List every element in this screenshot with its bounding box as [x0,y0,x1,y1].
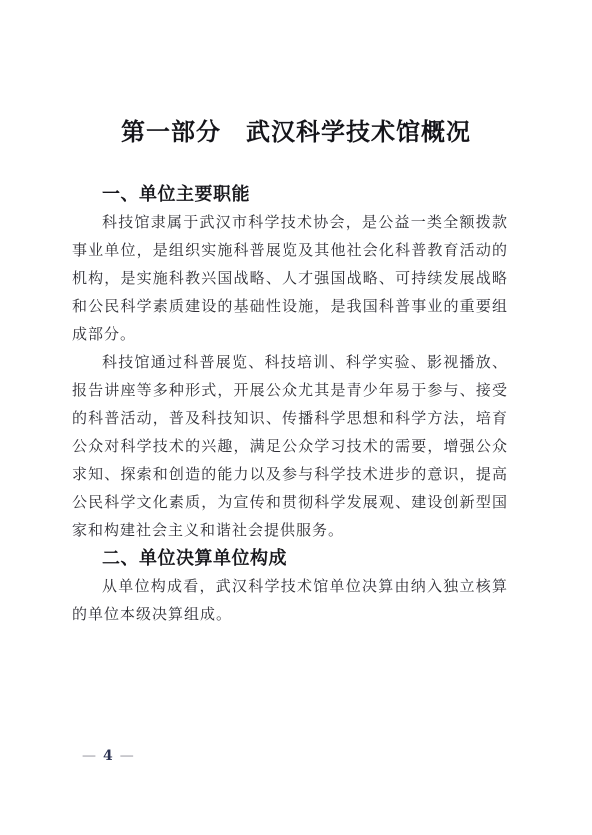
page-title: 第一部分 武汉科学技术馆概况 [0,0,592,150]
section-1-paragraph-2: 科技馆通过科普展览、科技培训、科学实验、影视播放、报告讲座等多种形式，开展公众尤… [72,348,508,544]
footer-dash-right: — [120,746,134,766]
document-page: 第一部分 武汉科学技术馆概况 一、单位主要职能 科技馆隶属于武汉市科学技术协会，… [0,0,592,835]
section-2-paragraph-1: 从单位构成看，武汉科学技术馆单位决算由纳入独立核算的单位本级决算组成。 [72,572,508,628]
section-1-heading: 一、单位主要职能 [72,180,508,208]
page-number: 4 [103,746,113,766]
footer-dash-left: — [82,746,96,766]
page-footer: — 4 — [82,746,134,766]
document-body: 一、单位主要职能 科技馆隶属于武汉市科学技术协会，是公益一类全额拨款事业单位，是… [72,180,508,628]
section-2-heading: 二、单位决算单位构成 [72,544,508,572]
section-1-paragraph-1: 科技馆隶属于武汉市科学技术协会，是公益一类全额拨款事业单位，是组织实施科普展览及… [72,208,508,348]
